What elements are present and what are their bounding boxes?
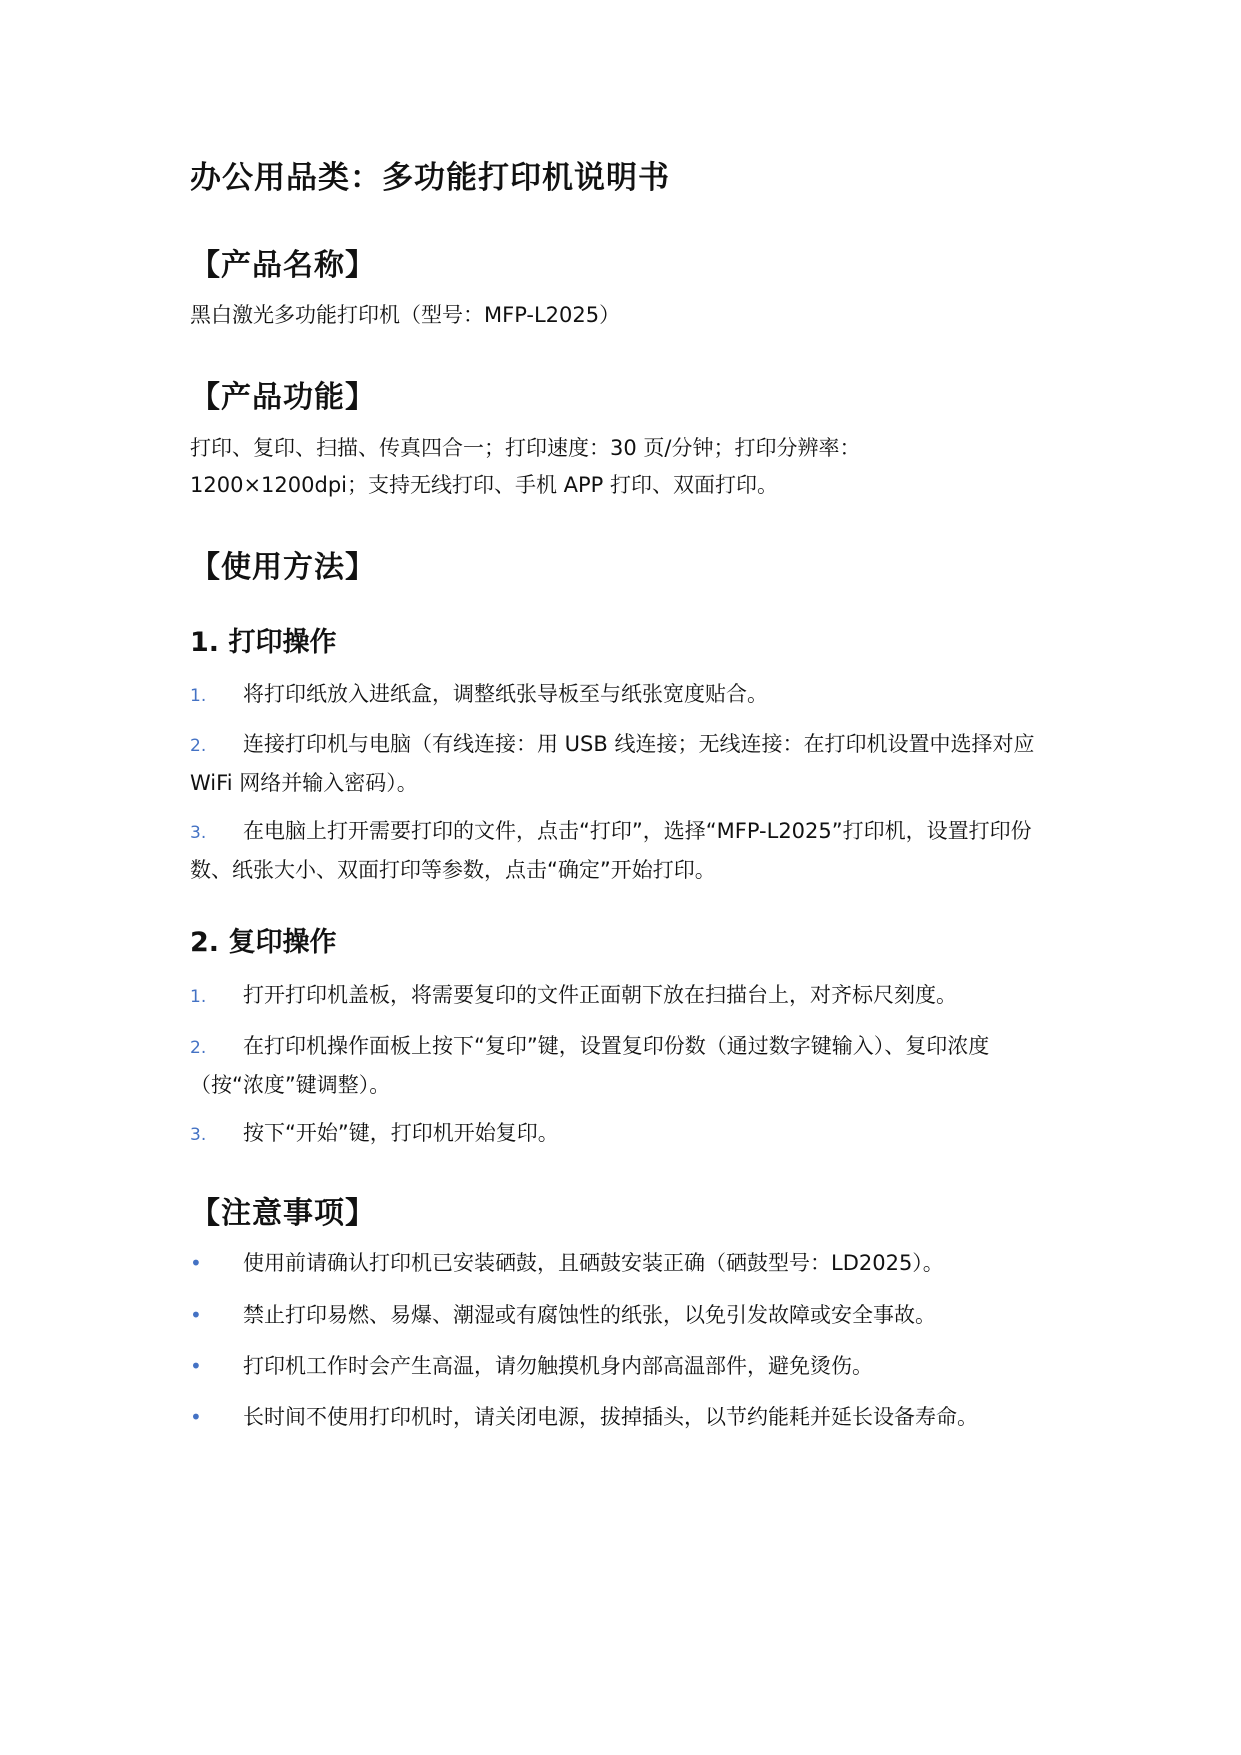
step-text: 在打印机操作面板上按下“复印”键，设置复印份数（通过数字键输入）、复印浓度（按“… xyxy=(190,1034,989,1097)
precaution-item: •使用前请确认打印机已安装硒鼓，且硒鼓安装正确（硒鼓型号：LD2025）。 xyxy=(190,1245,1050,1282)
step-text: 在电脑上打开需要打印的文件，点击“打印”，选择“MFP-L2025”打印机，设置… xyxy=(190,819,1032,882)
document-title: 办公用品类：多功能打印机说明书 xyxy=(190,152,670,197)
document-page: 办公用品类：多功能打印机说明书 【产品名称】 黑白激光多功能打印机（型号：MFP… xyxy=(0,0,1241,1755)
section-heading-precautions: 【注意事项】 xyxy=(190,1188,376,1232)
list-number: 3. xyxy=(190,815,243,852)
copy-step: 2.在打印机操作面板上按下“复印”键，设置复印份数（通过数字键输入）、复印浓度（… xyxy=(190,1028,1050,1104)
list-number: 2. xyxy=(190,728,243,765)
precaution-text: 禁止打印易燃、易爆、潮湿或有腐蚀性的纸张，以免引发故障或安全事故。 xyxy=(243,1303,936,1327)
step-text: 将打印纸放入进纸盒，调整纸张导板至与纸张宽度贴合。 xyxy=(243,682,768,706)
step-text: 连接打印机与电脑（有线连接：用 USB 线连接；无线连接：在打印机设置中选择对应… xyxy=(190,732,1034,795)
precaution-item: •打印机工作时会产生高温，请勿触摸机身内部高温部件，避免烫伤。 xyxy=(190,1348,1050,1385)
bullet-icon: • xyxy=(190,1348,243,1385)
subheading-print-operation: 1. 打印操作 xyxy=(190,620,336,659)
section-heading-product-name: 【产品名称】 xyxy=(190,240,376,284)
print-step: 1.将打印纸放入进纸盒，调整纸张导板至与纸张宽度贴合。 xyxy=(190,676,1050,715)
copy-step: 1.打开打印机盖板，将需要复印的文件正面朝下放在扫描台上，对齐标尺刻度。 xyxy=(190,977,1050,1016)
product-name-text: 黑白激光多功能打印机（型号：MFP-L2025） xyxy=(190,297,620,334)
list-number: 1. xyxy=(190,678,243,715)
step-text: 打开打印机盖板，将需要复印的文件正面朝下放在扫描台上，对齐标尺刻度。 xyxy=(243,983,957,1007)
precaution-item: •长时间不使用打印机时，请关闭电源，拔掉插头，以节约能耗并延长设备寿命。 xyxy=(190,1399,1050,1436)
features-line-1: 打印、复印、扫描、传真四合一；打印速度：30 页/分钟；打印分辨率： xyxy=(190,430,860,467)
print-step: 2.连接打印机与电脑（有线连接：用 USB 线连接；无线连接：在打印机设置中选择… xyxy=(190,726,1050,802)
bullet-icon: • xyxy=(190,1399,243,1436)
step-text: 按下“开始”键，打印机开始复印。 xyxy=(243,1121,559,1145)
list-number: 2. xyxy=(190,1030,243,1067)
section-heading-product-features: 【产品功能】 xyxy=(190,372,376,416)
precaution-text: 打印机工作时会产生高温，请勿触摸机身内部高温部件，避免烫伤。 xyxy=(243,1354,873,1378)
bullet-icon: • xyxy=(190,1297,243,1334)
copy-step: 3.按下“开始”键，打印机开始复印。 xyxy=(190,1115,1050,1154)
precaution-text: 使用前请确认打印机已安装硒鼓，且硒鼓安装正确（硒鼓型号：LD2025）。 xyxy=(243,1251,944,1275)
precaution-item: •禁止打印易燃、易爆、潮湿或有腐蚀性的纸张，以免引发故障或安全事故。 xyxy=(190,1297,1050,1334)
list-number: 3. xyxy=(190,1117,243,1154)
subheading-copy-operation: 2. 复印操作 xyxy=(190,920,336,959)
list-number: 1. xyxy=(190,979,243,1016)
precaution-text: 长时间不使用打印机时，请关闭电源，拔掉插头，以节约能耗并延长设备寿命。 xyxy=(243,1405,978,1429)
section-heading-usage: 【使用方法】 xyxy=(190,542,376,586)
features-line-2: 1200×1200dpi；支持无线打印、手机 APP 打印、双面打印。 xyxy=(190,467,778,504)
bullet-icon: • xyxy=(190,1245,243,1282)
print-step: 3.在电脑上打开需要打印的文件，点击“打印”，选择“MFP-L2025”打印机，… xyxy=(190,813,1050,889)
